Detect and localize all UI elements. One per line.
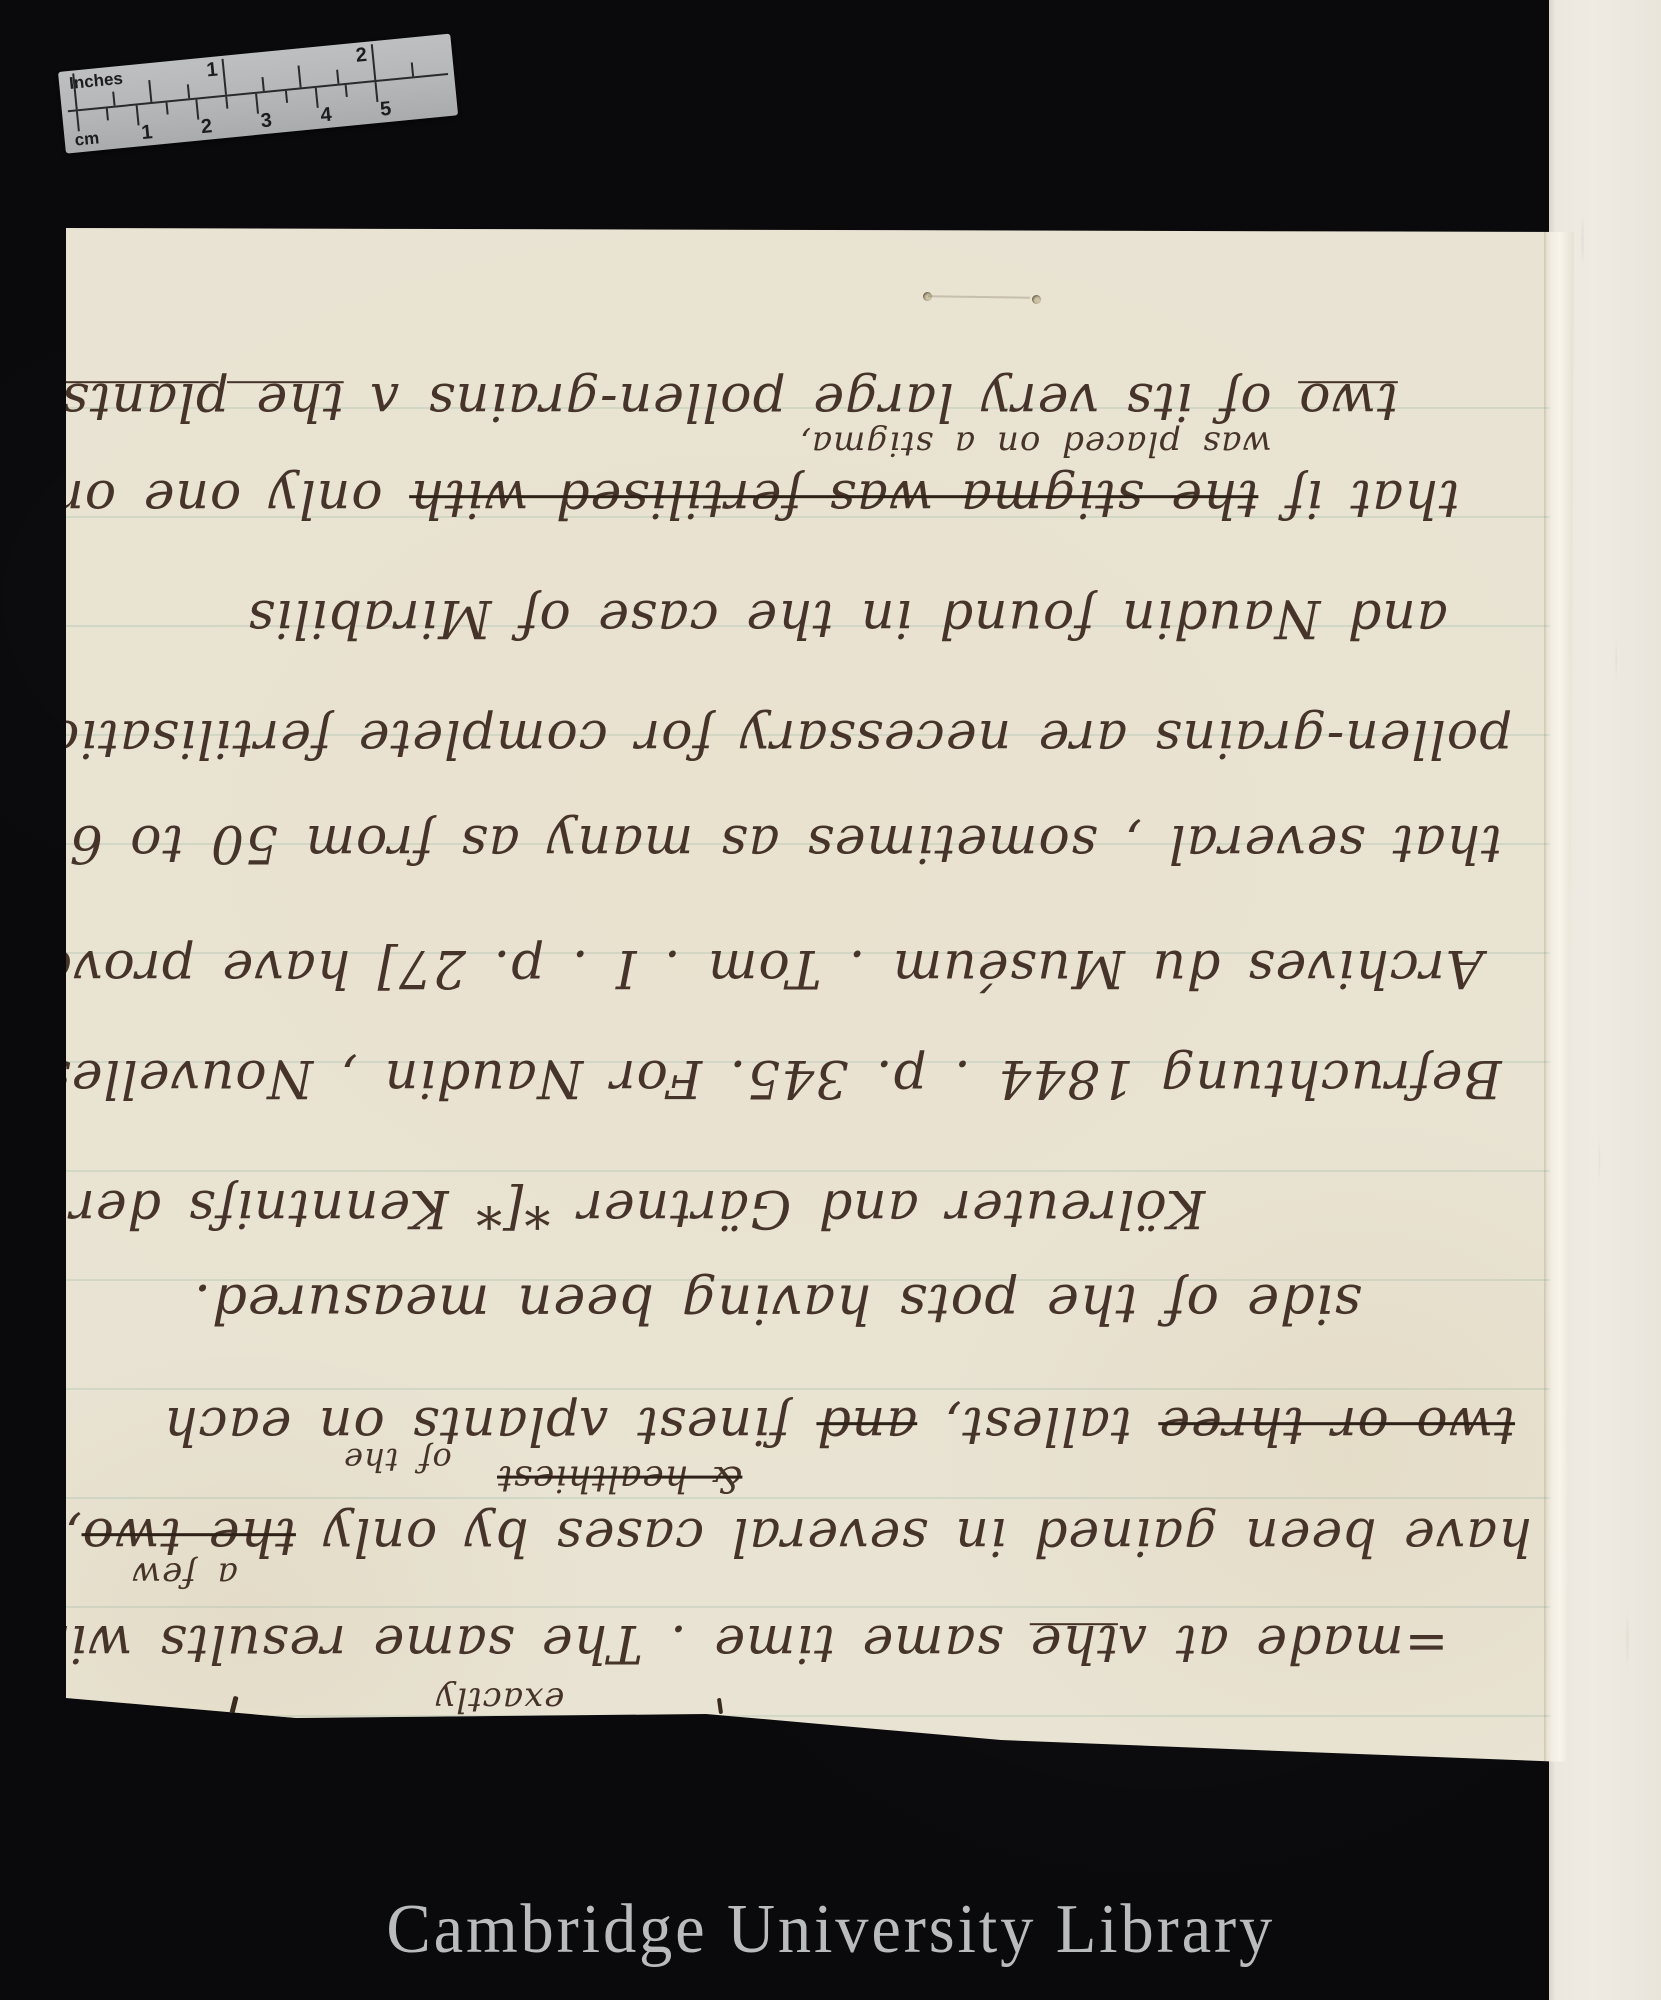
ms-line-side-of-pots: side of the pots having been measured. xyxy=(193,1274,1362,1333)
pinhole-right xyxy=(1032,295,1041,304)
ruler-tick xyxy=(315,88,319,108)
ruler-tick xyxy=(112,92,115,106)
ms-ins-a-few: a few xyxy=(131,1555,238,1592)
ruler-tick xyxy=(222,59,228,95)
ruler-tick xyxy=(72,73,78,109)
ruler-cm-label: cm xyxy=(74,128,100,150)
ruler-cm-number: 3 xyxy=(260,109,273,133)
ruler-tick xyxy=(225,97,228,109)
ruler-tick xyxy=(261,77,264,91)
ms-line-kolreuter: Kölreuter and Gärtner *[* Kenntnifs der xyxy=(69,1179,1205,1236)
ruler-tick xyxy=(285,91,288,103)
ruler-tick xyxy=(195,100,199,120)
ms-line-made-at-same-time: =made at ʌthe same time . The same resul… xyxy=(34,1614,1448,1671)
pin-crease xyxy=(928,295,1030,298)
ruler-cm-number: 4 xyxy=(319,104,332,128)
ms-line-pollen-grains: pollen-grains are necessary for complete… xyxy=(0,709,1512,766)
manuscript-page: =made at ʌthe same time . The same resul… xyxy=(66,228,1574,1762)
ruler-inch-number: 2 xyxy=(355,44,368,68)
ms-line-archives: Archives du Muséum . Tom . I . p. 27] ha… xyxy=(6,939,1483,996)
library-credit: Cambridge University Library xyxy=(0,1890,1661,1970)
ruler-cm-number: 5 xyxy=(379,98,392,122)
ms-line-two-of-its: two of its very large pollen-grains ʌ th… xyxy=(61,372,1398,429)
ruler-tick xyxy=(166,102,169,114)
photo-stage: =made at ʌthe same time . The same resul… xyxy=(0,0,1661,2000)
measuring-ruler: Inches cm 1212345 xyxy=(58,34,458,154)
ruler-inch-number: 1 xyxy=(205,58,218,82)
ruler-tick xyxy=(298,65,302,87)
ruler-tick xyxy=(255,94,259,114)
ruler-cm-number: 1 xyxy=(140,121,153,145)
ms-line-befruchtung: Befruchtung 1844 . p. 345. For Naudin , … xyxy=(43,1049,1502,1106)
ruler-tick xyxy=(106,108,109,120)
ms-line-that-if-stigma: that if the stigma was fertilised with o… xyxy=(58,469,1460,526)
ms-line-have-been-gained: have been gained in several cases by onl… xyxy=(64,1507,1532,1564)
ruler-tick xyxy=(345,85,348,97)
ms-ins-healthiest: & healthiest xyxy=(497,1458,742,1498)
ruler-tick xyxy=(136,105,140,125)
ms-ins-exactly: exactly xyxy=(435,1680,564,1717)
ms-line-that-several: that several , sometimes as many as from… xyxy=(17,814,1502,871)
ruler-cm-number: 2 xyxy=(200,115,213,139)
ms-line-and-naudin: and Naudin found in the case of Mirabili… xyxy=(247,589,1448,646)
ruler-tick xyxy=(336,70,339,84)
ruler-tick xyxy=(186,84,189,98)
library-credit-text: Cambridge University Library xyxy=(386,1890,1275,1970)
ms-ins-of-the: of the xyxy=(343,1442,452,1477)
ruler-tick xyxy=(371,44,377,80)
ruler-tick xyxy=(410,62,413,76)
ruler-tick xyxy=(148,80,152,102)
ruler-tick xyxy=(76,111,80,131)
ruler-tick xyxy=(375,82,379,102)
